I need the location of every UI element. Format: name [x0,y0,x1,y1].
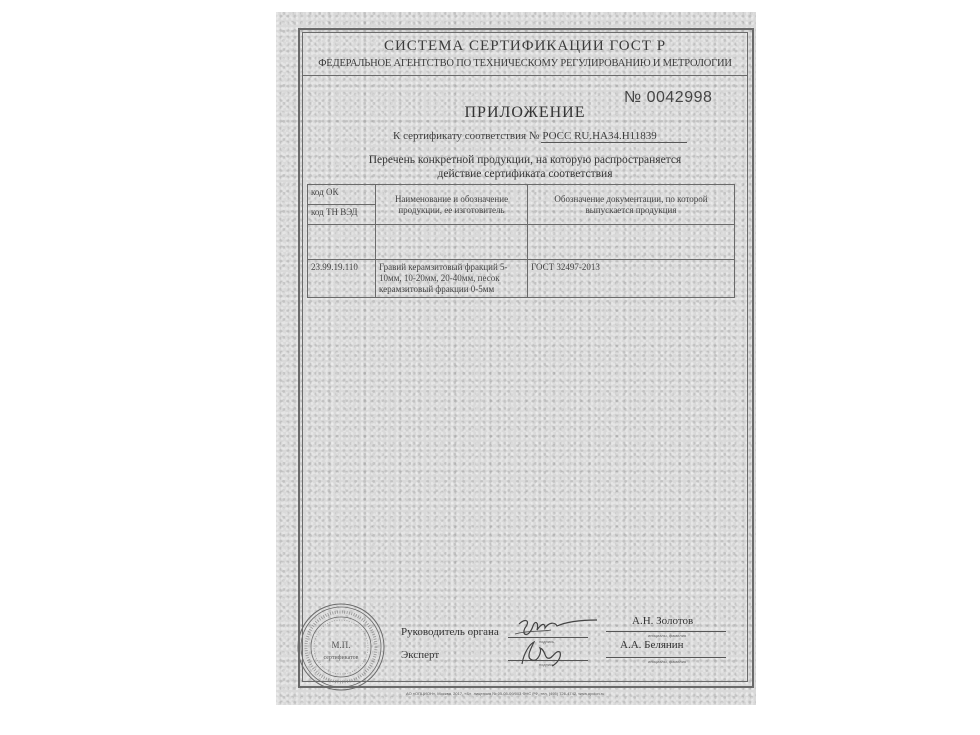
page-title: ПРИЛОЖЕНИЕ [302,104,748,122]
expert-name-caption: инициалы, фамилия [648,659,686,664]
header-code-ok: код ОК [308,185,376,205]
expert-signature-icon [516,638,576,668]
head-name: А.Н. Золотов [632,615,693,627]
table-header-row: код ОК Наименование и обозначение продук… [308,185,735,205]
cell-documentation: ГОСТ 32497-2013 [528,260,735,298]
agency-name: ФЕДЕРАЛЬНОЕ АГЕНТСТВО ПО ТЕХНИЧЕСКОМУ РЕ… [302,58,748,69]
product-list-title-line1: Перечень конкретной продукции, на котору… [302,153,748,167]
product-list-title: Перечень конкретной продукции, на котору… [302,153,748,181]
footer-microtext: АО «ОПЦИОН», Москва, 2017, «Б», лицензия… [406,691,604,696]
head-name-caption: инициалы, фамилия [648,633,686,638]
expert-name-line [606,657,726,658]
header-divider [303,75,747,76]
product-list-title-line2: действие сертификата соответствия [302,167,748,181]
cell-code: 23.99.19.110 [308,260,376,298]
seal-sub-text: сертификатов [324,654,359,661]
head-label: Руководитель органа [401,626,499,638]
head-name-line [606,631,726,632]
table-row: 23.99.19.110 Гравий керамзитовый фракций… [308,260,735,298]
certificate-number: РОСС RU.HA34.H11839 [541,130,686,143]
expert-name: А.А. Белянин [620,639,684,651]
product-table: код ОК Наименование и обозначение продук… [307,184,735,298]
official-seal: М.П. сертификатов [296,602,386,692]
header-product-name: Наименование и обозначение продукции, ее… [376,185,528,225]
certificate-label: К сертификату соответствия № [393,130,539,142]
seal-center-text: М.П. [331,640,350,650]
cell-product-name: Гравий керамзитовый фракций 5-10мм, 10-2… [376,260,528,298]
expert-label: Эксперт [401,649,439,661]
system-title: СИСТЕМА СЕРТИФИКАЦИИ ГОСТ Р [302,38,748,55]
header-code-tnved: код ТН ВЭД [308,205,376,225]
certificate-reference: К сертификату соответствия №РОСС RU.HA34… [393,130,687,143]
header-documentation: Обозначение документации, по которой вып… [528,185,735,225]
certificate-appendix-page: СИСТЕМА СЕРТИФИКАЦИИ ГОСТ Р ФЕДЕРАЛЬНОЕ … [276,12,756,705]
